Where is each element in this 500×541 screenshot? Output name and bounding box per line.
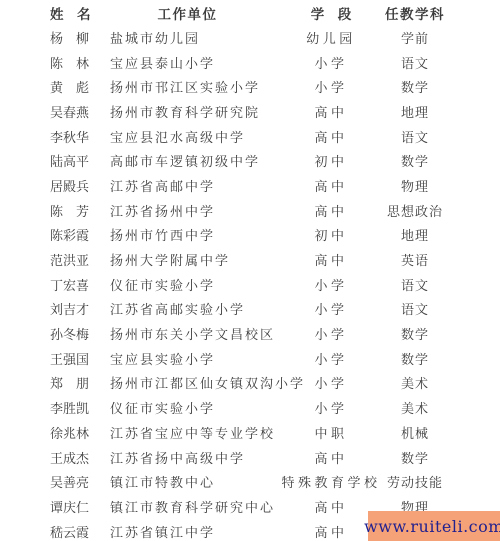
subject-cell: 数学 xyxy=(381,349,449,368)
subject-cell: 学前 xyxy=(381,28,449,47)
table-row: 陈 芳 江苏省扬州中学 高中 思想政治 xyxy=(0,198,500,223)
unit-cell: 仪征市实验小学 xyxy=(94,398,281,417)
subject-cell: 数学 xyxy=(381,77,449,96)
table-row: 杨 柳 盐城市幼儿园 幼儿园 学前 xyxy=(0,25,500,50)
unit-cell: 宝应县氾水高级中学 xyxy=(94,127,281,146)
table-row: 黄 彪 扬州市邗江区实验小学 小学 数学 xyxy=(0,74,500,99)
table-row: 李胜凯 仪征市实验小学 小学 美术 xyxy=(0,395,500,420)
table-row: 陈 林 宝应县泰山小学 小学 语文 xyxy=(0,50,500,75)
stage-cell: 高中 xyxy=(281,448,381,467)
subject-cell: 劳动技能 xyxy=(381,472,449,491)
stage-cell: 幼儿园 xyxy=(281,28,381,47)
table-row: 范洪亚 扬州大学附属中学 高中 英语 xyxy=(0,247,500,272)
table-row: 孙冬梅 扬州市东关小学文昌校区 小学 数学 xyxy=(0,321,500,346)
stage-cell: 高中 xyxy=(281,176,381,195)
subject-cell: 语文 xyxy=(381,299,449,318)
unit-cell: 扬州市江都区仙女镇双沟小学 xyxy=(94,373,281,392)
subject-cell: 地理 xyxy=(381,102,449,121)
subject-cell: 语文 xyxy=(381,275,449,294)
name-cell: 郑 朋 xyxy=(50,373,94,392)
unit-cell: 高邮市车逻镇初级中学 xyxy=(94,151,281,170)
unit-cell: 江苏省高邮中学 xyxy=(94,176,281,195)
subject-cell: 思想政治 xyxy=(381,201,449,220)
unit-cell: 扬州市邗江区实验小学 xyxy=(94,77,281,96)
stage-cell: 特殊教育学校 xyxy=(281,472,381,491)
table-header-row: 姓 名 工作单位 学 段 任教学科 xyxy=(0,0,500,25)
stage-cell: 小学 xyxy=(281,299,381,318)
unit-cell: 镇江市教育科学研究中心 xyxy=(94,497,281,516)
table-row: 吴春燕 扬州市教育科学研究院 高中 地理 xyxy=(0,99,500,124)
stage-cell: 中职 xyxy=(281,423,381,442)
stage-cell: 高中 xyxy=(281,201,381,220)
unit-cell: 扬州市教育科学研究院 xyxy=(94,102,281,121)
unit-cell: 江苏省镇江中学 xyxy=(94,522,281,541)
table-row: 王强国 宝应县实验小学 小学 数学 xyxy=(0,346,500,371)
table-row: 王成杰 江苏省扬中高级中学 高中 数学 xyxy=(0,445,500,470)
subject-cell: 机械 xyxy=(381,423,449,442)
unit-cell: 扬州市竹西中学 xyxy=(94,225,281,244)
table-row: 陈彩霞 扬州市竹西中学 初中 地理 xyxy=(0,223,500,248)
stage-cell: 小学 xyxy=(281,373,381,392)
stage-cell: 小学 xyxy=(281,275,381,294)
table-row: 李秋华 宝应县氾水高级中学 高中 语文 xyxy=(0,124,500,149)
name-cell: 陈 芳 xyxy=(50,201,94,220)
stage-cell: 高中 xyxy=(281,497,381,516)
name-cell: 嵇云霞 xyxy=(50,522,94,541)
teacher-list-table: 姓 名 工作单位 学 段 任教学科 杨 柳 盐城市幼儿园 幼儿园 学前 陈 林 … xyxy=(0,0,500,541)
name-cell: 陈彩霞 xyxy=(50,225,94,244)
table-row: 刘吉才 江苏省高邮实验小学 小学 语文 xyxy=(0,297,500,322)
name-cell: 陆高平 xyxy=(50,151,94,170)
stage-cell: 小学 xyxy=(281,398,381,417)
unit-cell: 江苏省扬州中学 xyxy=(94,201,281,220)
name-cell: 丁宏喜 xyxy=(50,275,94,294)
subject-cell: 语文 xyxy=(381,53,449,72)
unit-cell: 江苏省高邮实验小学 xyxy=(94,299,281,318)
stage-cell: 高中 xyxy=(281,250,381,269)
name-cell: 吴春燕 xyxy=(50,102,94,121)
name-cell: 黄 彪 xyxy=(50,77,94,96)
watermark: www.ruiteli.com xyxy=(368,511,500,541)
unit-cell: 扬州大学附属中学 xyxy=(94,250,281,269)
name-cell: 吴善亮 xyxy=(50,472,94,491)
name-cell: 范洪亚 xyxy=(50,250,94,269)
name-cell: 刘吉才 xyxy=(50,299,94,318)
name-cell: 王强国 xyxy=(50,349,94,368)
subject-cell: 美术 xyxy=(381,398,449,417)
subject-cell: 物理 xyxy=(381,176,449,195)
subject-cell: 数学 xyxy=(381,448,449,467)
name-cell: 李胜凯 xyxy=(50,398,94,417)
name-cell: 谭庆仁 xyxy=(50,497,94,516)
stage-cell: 小学 xyxy=(281,77,381,96)
header-name: 姓 名 xyxy=(50,3,94,23)
unit-cell: 江苏省宝应中等专业学校 xyxy=(94,423,281,442)
table-row: 郑 朋 扬州市江都区仙女镇双沟小学 小学 美术 xyxy=(0,371,500,396)
unit-cell: 宝应县泰山小学 xyxy=(94,53,281,72)
stage-cell: 高中 xyxy=(281,127,381,146)
subject-cell: 数学 xyxy=(381,151,449,170)
subject-cell: 英语 xyxy=(381,250,449,269)
stage-cell: 初中 xyxy=(281,151,381,170)
stage-cell: 初中 xyxy=(281,225,381,244)
table-row: 丁宏喜 仪征市实验小学 小学 语文 xyxy=(0,272,500,297)
table-row: 陆高平 高邮市车逻镇初级中学 初中 数学 xyxy=(0,148,500,173)
unit-cell: 江苏省扬中高级中学 xyxy=(94,448,281,467)
name-cell: 陈 林 xyxy=(50,53,94,72)
subject-cell: 地理 xyxy=(381,225,449,244)
subject-cell: 语文 xyxy=(381,127,449,146)
header-subject: 任教学科 xyxy=(381,3,449,23)
name-cell: 孙冬梅 xyxy=(50,324,94,343)
name-cell: 王成杰 xyxy=(50,448,94,467)
stage-cell: 小学 xyxy=(281,349,381,368)
subject-cell: 美术 xyxy=(381,373,449,392)
stage-cell: 小学 xyxy=(281,53,381,72)
header-stage: 学 段 xyxy=(281,3,381,23)
unit-cell: 扬州市东关小学文昌校区 xyxy=(94,324,281,343)
unit-cell: 镇江市特教中心 xyxy=(94,472,281,491)
stage-cell: 小学 xyxy=(281,324,381,343)
subject-cell: 数学 xyxy=(381,324,449,343)
unit-cell: 仪征市实验小学 xyxy=(94,275,281,294)
name-cell: 李秋华 xyxy=(50,127,94,146)
table-row: 居殿兵 江苏省高邮中学 高中 物理 xyxy=(0,173,500,198)
table-row: 徐兆林 江苏省宝应中等专业学校 中职 机械 xyxy=(0,420,500,445)
table-body: 杨 柳 盐城市幼儿园 幼儿园 学前 陈 林 宝应县泰山小学 小学 语文 黄 彪 … xyxy=(0,25,500,541)
unit-cell: 宝应县实验小学 xyxy=(94,349,281,368)
table-row: 吴善亮 镇江市特教中心 特殊教育学校 劳动技能 xyxy=(0,469,500,494)
unit-cell: 盐城市幼儿园 xyxy=(94,28,281,47)
name-cell: 徐兆林 xyxy=(50,423,94,442)
header-unit: 工作单位 xyxy=(94,3,281,23)
name-cell: 居殿兵 xyxy=(50,176,94,195)
name-cell: 杨 柳 xyxy=(50,28,94,47)
stage-cell: 高中 xyxy=(281,102,381,121)
